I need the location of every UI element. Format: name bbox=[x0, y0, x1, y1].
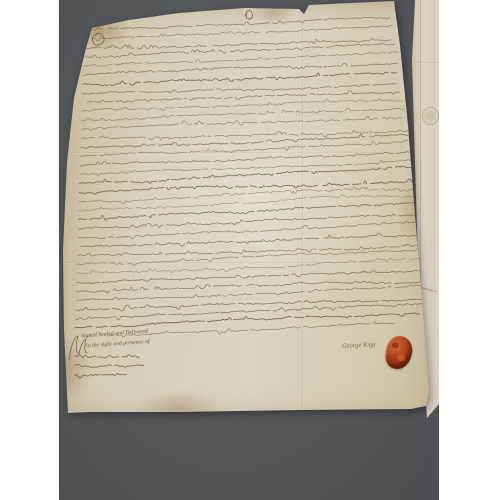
handwriting-line bbox=[93, 33, 105, 45]
handwriting-line bbox=[84, 16, 389, 31]
handwriting-line bbox=[83, 70, 397, 87]
handwriting-line bbox=[75, 364, 144, 367]
handwriting-line bbox=[76, 284, 430, 302]
handwriting-line bbox=[84, 25, 393, 42]
handwriting-line bbox=[87, 89, 400, 106]
photograph: Signed Sealed and Delivered in the sight… bbox=[59, 0, 439, 500]
handwriting-line bbox=[82, 80, 399, 98]
seal-mottling bbox=[397, 354, 406, 362]
handwriting-line bbox=[245, 11, 253, 19]
handwriting-line bbox=[78, 221, 421, 241]
manuscript-sheet-wrapper: Signed Sealed and Delivered in the sight… bbox=[59, 0, 439, 500]
handwriting-line bbox=[78, 213, 419, 231]
handwriting-line bbox=[81, 124, 407, 146]
handwriting-line bbox=[82, 97, 403, 114]
handwriting-line bbox=[79, 177, 416, 196]
handwriting-line bbox=[75, 309, 430, 328]
handwriting-line bbox=[80, 150, 412, 167]
handwriting-line bbox=[78, 202, 417, 221]
handwriting-line bbox=[76, 276, 429, 296]
handwriting-line bbox=[81, 112, 404, 131]
flourish-marks bbox=[69, 11, 253, 360]
witness-signatures bbox=[75, 355, 144, 378]
handwriting-line bbox=[77, 257, 425, 278]
handwriting-line bbox=[76, 294, 431, 314]
handwriting-line bbox=[81, 231, 424, 250]
handwriting-line bbox=[75, 374, 127, 378]
auction-photo-page: Signed Sealed and Delivered in the sight… bbox=[0, 0, 500, 500]
handwriting-line bbox=[80, 159, 411, 176]
handwriting-line bbox=[75, 355, 139, 358]
handwriting-lines bbox=[64, 15, 432, 340]
handwriting-line bbox=[77, 240, 425, 260]
manuscript-sheet: Signed Sealed and Delivered in the sight… bbox=[59, 0, 439, 420]
handwriting-svg bbox=[59, 0, 439, 500]
handwriting-line bbox=[80, 140, 408, 158]
seal-mottling bbox=[392, 342, 400, 349]
